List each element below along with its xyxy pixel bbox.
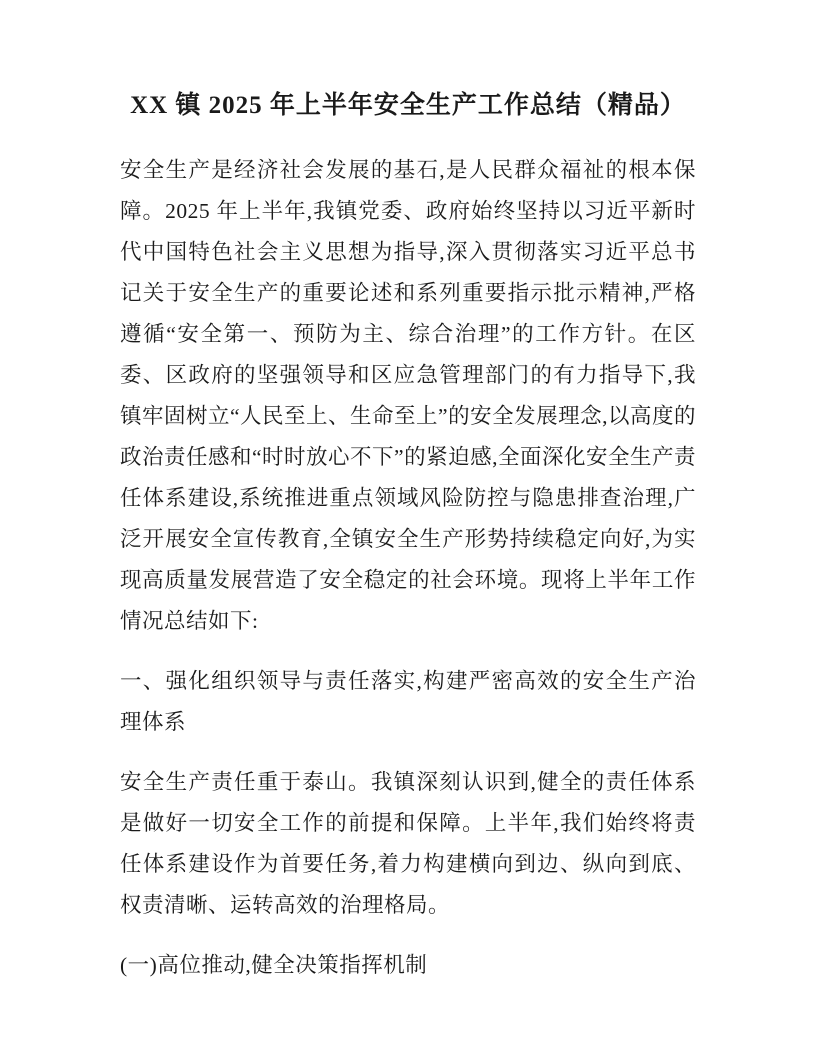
- document-title: XX 镇 2025 年上半年安全生产工作总结（精品）: [120, 86, 696, 126]
- subsection-heading-1-1: (一)高位推动,健全决策指挥机制: [120, 945, 696, 986]
- document-page: XX 镇 2025 年上半年安全生产工作总结（精品） 安全生产是经济社会发展的基…: [0, 0, 816, 1056]
- section-heading-1: 一、强化组织领导与责任落实,构建严密高效的安全生产治理体系: [120, 661, 696, 743]
- paragraph-intro: 安全生产是经济社会发展的基石,是人民群众福祉的根本保障。2025 年上半年,我镇…: [120, 150, 696, 642]
- paragraph-responsibility-system: 安全生产责任重于泰山。我镇深刻认识到,健全的责任体系是做好一切安全工作的前提和保…: [120, 762, 696, 926]
